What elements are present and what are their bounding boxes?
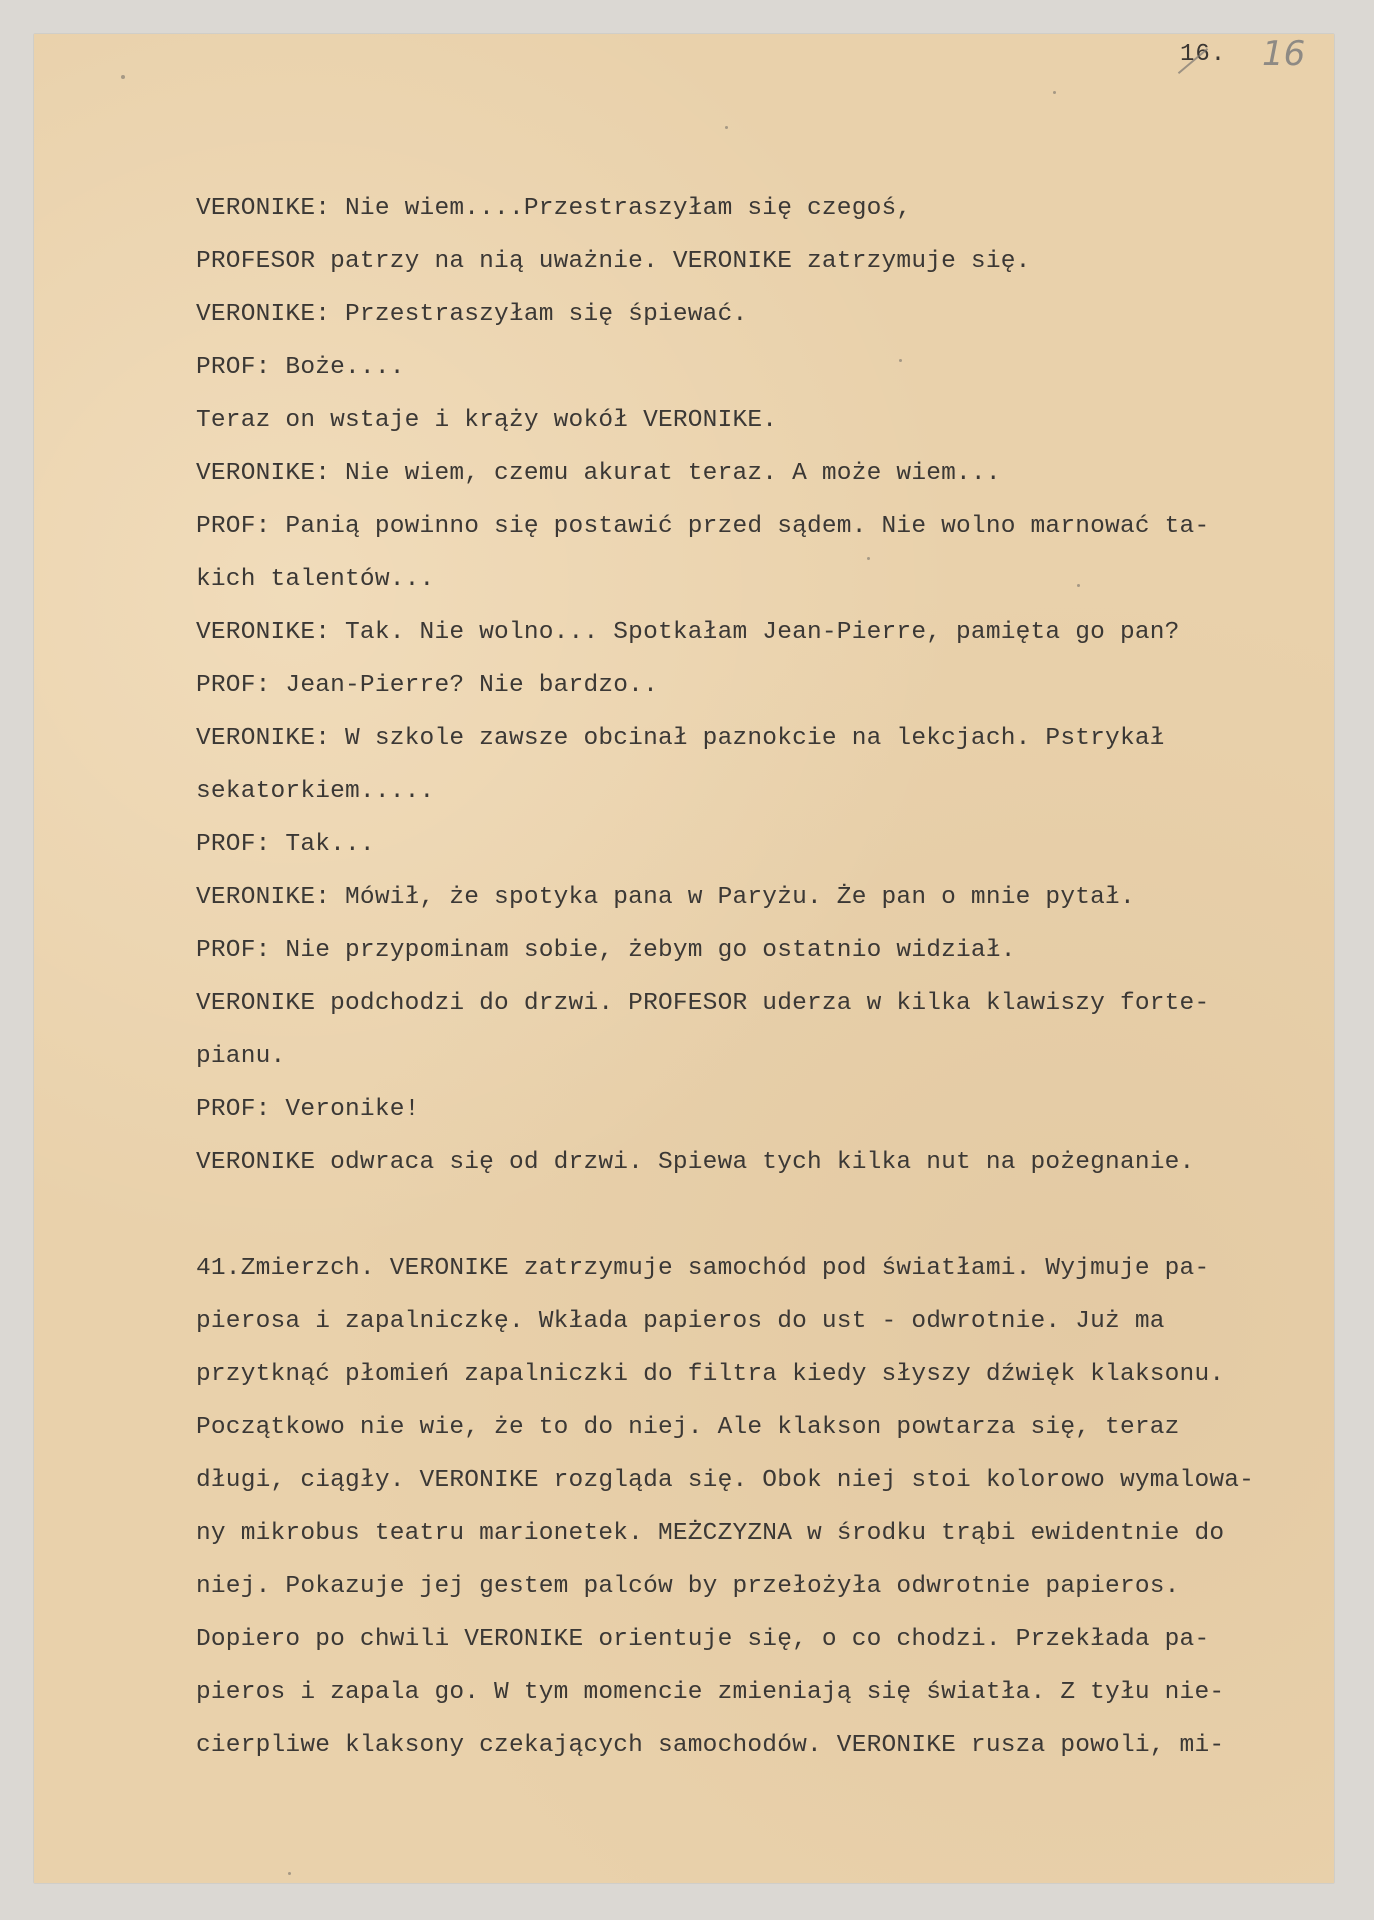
- stage-direction-line: Teraz on wstaje i krąży wokół VERONIKE.: [196, 403, 1306, 456]
- stage-direction-line: VERONIKE odwraca się od drzwi. Spiewa ty…: [196, 1145, 1306, 1198]
- handwritten-page-number: 16: [1262, 34, 1305, 74]
- scene-41-line: ny mikrobus teatru marionetek. MEŻCZYZNA…: [196, 1516, 1306, 1569]
- dialogue-line: VERONIKE: Tak. Nie wolno... Spotkałam Je…: [196, 615, 1306, 668]
- dialogue-line: VERONIKE: Nie wiem....Przestraszyłam się…: [196, 191, 1306, 244]
- stage-direction-line: pianu.: [196, 1039, 1306, 1092]
- scene-41-line: cierpliwe klaksony czekających samochodó…: [196, 1728, 1306, 1781]
- paper-speck: [288, 1872, 291, 1875]
- dialogue-line: VERONIKE: Nie wiem, czemu akurat teraz. …: [196, 456, 1306, 509]
- paper-speck: [1077, 584, 1080, 587]
- scene-41-line: Dopiero po chwili VERONIKE orientuje się…: [196, 1622, 1306, 1675]
- paper-speck: [1053, 91, 1056, 94]
- dialogue-line: PROF: Nie przypominam sobie, żebym go os…: [196, 933, 1306, 986]
- stage-direction-line: PROFESOR patrzy na nią uważnie. VERONIKE…: [196, 244, 1306, 297]
- scene-41-line: Początkowo nie wie, że to do niej. Ale k…: [196, 1410, 1306, 1463]
- paper-speck: [725, 126, 728, 129]
- dialogue-line: PROF: Veronike!: [196, 1092, 1306, 1145]
- paper-speck: [867, 557, 870, 560]
- scene-41-line: długi, ciągły. VERONIKE rozgląda się. Ob…: [196, 1463, 1306, 1516]
- dialogue-line: PROF: Panią powinno się postawić przed s…: [196, 509, 1306, 562]
- scene-41-line: pierosa i zapalniczkę. Wkłada papieros d…: [196, 1304, 1306, 1357]
- document-body: VERONIKE: Nie wiem....Przestraszyłam się…: [196, 191, 1306, 1781]
- dialogue-line: VERONIKE: W szkole zawsze obcinał paznok…: [196, 721, 1306, 774]
- scene-41-line: niej. Pokazuje jej gestem palców by prze…: [196, 1569, 1306, 1622]
- dialogue-line: VERONIKE: Mówił, że spotyka pana w Paryż…: [196, 880, 1306, 933]
- dialogue-line: PROF: Jean-Pierre? Nie bardzo..: [196, 668, 1306, 721]
- scene-break: [196, 1198, 1306, 1251]
- dialogue-line: sekatorkiem.....: [196, 774, 1306, 827]
- scene-41-line: 41.Zmierzch. VERONIKE zatrzymuje samochó…: [196, 1251, 1306, 1304]
- dialogue-line: PROF: Tak...: [196, 827, 1306, 880]
- dialogue-line: kich talentów...: [196, 562, 1306, 615]
- dialogue-line: PROF: Boże....: [196, 350, 1306, 403]
- stage-direction-line: VERONIKE podchodzi do drzwi. PROFESOR ud…: [196, 986, 1306, 1039]
- dialogue-line: VERONIKE: Przestraszyłam się śpiewać.: [196, 297, 1306, 350]
- scene-41-line: przytknąć płomień zapalniczki do filtra …: [196, 1357, 1306, 1410]
- paper-speck: [899, 359, 902, 362]
- scene-41-line: pieros i zapala go. W tym momencie zmien…: [196, 1675, 1306, 1728]
- paper-speck: [121, 75, 125, 79]
